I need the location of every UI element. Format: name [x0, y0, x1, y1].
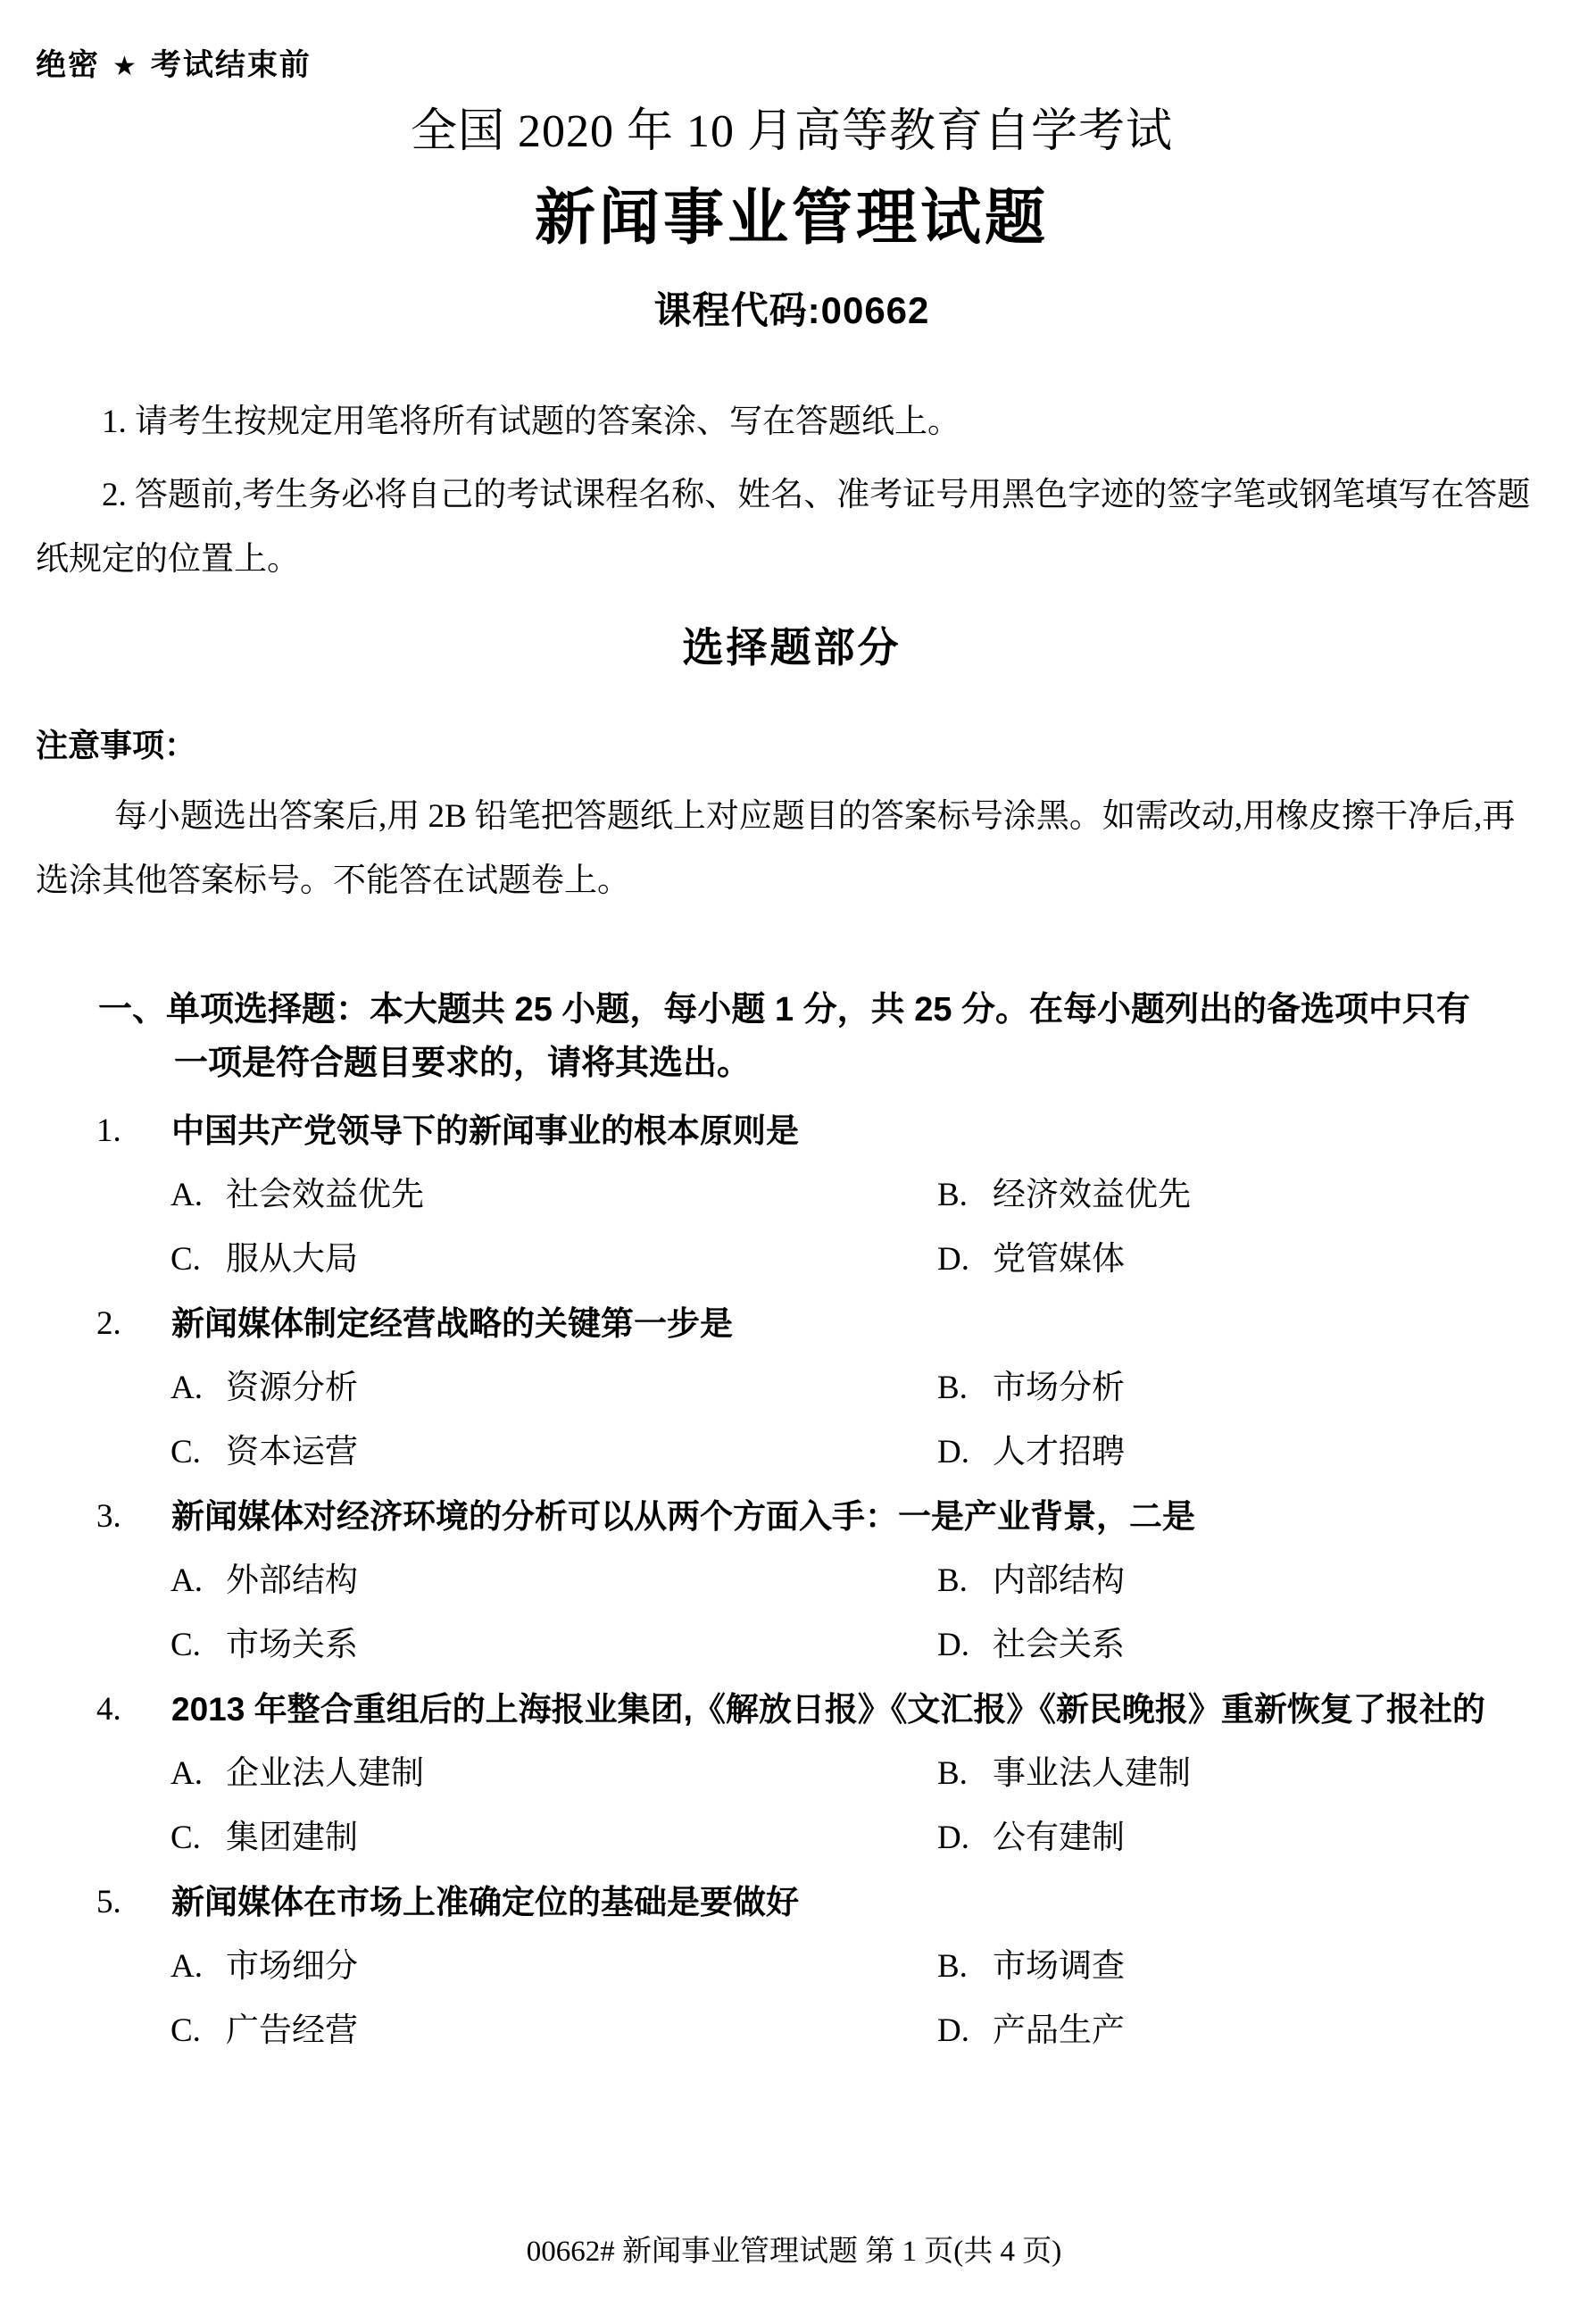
instruction-2: 2. 答题前,考生务必将自己的考试课程名称、姓名、准考证号用黑色字迹的签字笔或钢…	[36, 463, 1548, 592]
option-a: A.社会效益优先	[170, 1163, 937, 1228]
question-5: 5. 新闻媒体在市场上准确定位的基础是要做好 A.市场细分 B.市场调查 C.广…	[36, 1870, 1548, 2063]
question-4: 4. 2013 年整合重组后的上海报业集团,《解放日报》《文汇报》《新民晚报》重…	[36, 1678, 1548, 1870]
option-text: 广告经营	[226, 1999, 937, 2063]
classification-label: 绝密	[36, 48, 100, 82]
option-a: A.市场细分	[170, 1935, 937, 1999]
option-label: D.	[937, 1420, 993, 1485]
option-c: C.集团建制	[170, 1806, 937, 1870]
option-label: C.	[170, 1420, 226, 1485]
notes-label: 注意事项：	[36, 726, 1548, 765]
question-list: 1. 中国共产党领导下的新闻事业的根本原则是 A.社会效益优先 B.经济效益优先…	[36, 1099, 1548, 2063]
option-label: C.	[170, 1613, 226, 1678]
option-text: 党管媒体	[993, 1228, 1548, 1292]
option-label: B.	[937, 1935, 993, 1999]
option-text: 社会效益优先	[226, 1163, 937, 1228]
star-icon: ★	[112, 49, 138, 85]
question-text: 2013 年整合重组后的上海报业集团,《解放日报》《文汇报》《新民晚报》重新恢复…	[171, 1678, 1492, 1742]
question-stem-row: 4. 2013 年整合重组后的上海报业集团,《解放日报》《文汇报》《新民晚报》重…	[96, 1678, 1548, 1742]
option-text: 资本运营	[226, 1420, 937, 1485]
option-c: C.市场关系	[170, 1613, 937, 1678]
option-d: D.产品生产	[937, 1999, 1548, 2063]
option-label: A.	[170, 1163, 226, 1228]
option-label: C.	[170, 1228, 226, 1292]
option-a: A.外部结构	[170, 1549, 937, 1613]
option-text: 社会关系	[993, 1613, 1548, 1678]
option-c: C.资本运营	[170, 1420, 937, 1485]
options-grid: A.社会效益优先 B.经济效益优先 C.服从大局 D.党管媒体	[170, 1163, 1548, 1292]
option-label: C.	[170, 1806, 226, 1870]
security-classification-line: 绝密★考试结束前	[36, 47, 1548, 85]
option-label: A.	[170, 1356, 226, 1420]
course-code: 课程代码:00662	[36, 288, 1548, 333]
option-text: 公有建制	[993, 1806, 1548, 1870]
option-label: B.	[937, 1163, 993, 1228]
option-text: 人才招聘	[993, 1420, 1548, 1485]
options-grid: A.企业法人建制 B.事业法人建制 C.集团建制 D.公有建制	[170, 1742, 1548, 1870]
option-label: D.	[937, 1613, 993, 1678]
option-label: B.	[937, 1742, 993, 1806]
option-text: 内部结构	[993, 1549, 1548, 1613]
option-b: B.市场分析	[937, 1356, 1548, 1420]
option-text: 市场细分	[226, 1935, 937, 1999]
option-label: B.	[937, 1356, 993, 1420]
option-label: C.	[170, 1999, 226, 2063]
option-a: A.资源分析	[170, 1356, 937, 1420]
question-2: 2. 新闻媒体制定经营战略的关键第一步是 A.资源分析 B.市场分析 C.资本运…	[36, 1292, 1548, 1485]
option-d: D.公有建制	[937, 1806, 1548, 1870]
option-label: A.	[170, 1935, 226, 1999]
option-text: 服从大局	[226, 1228, 937, 1292]
question-stem-row: 5. 新闻媒体在市场上准确定位的基础是要做好	[96, 1870, 1548, 1935]
option-text: 外部结构	[226, 1549, 937, 1613]
option-a: A.企业法人建制	[170, 1742, 937, 1806]
option-text: 市场关系	[226, 1613, 937, 1678]
option-text: 市场分析	[993, 1356, 1548, 1420]
option-b: B.市场调查	[937, 1935, 1548, 1999]
option-text: 企业法人建制	[226, 1742, 937, 1806]
option-label: A.	[170, 1742, 226, 1806]
option-c: C.服从大局	[170, 1228, 937, 1292]
question-1: 1. 中国共产党领导下的新闻事业的根本原则是 A.社会效益优先 B.经济效益优先…	[36, 1099, 1548, 1292]
option-text: 市场调查	[993, 1935, 1548, 1999]
option-b: B.内部结构	[937, 1549, 1548, 1613]
exam-paper-page: 绝密★考试结束前 全国 2020 年 10 月高等教育自学考试 新闻事业管理试题…	[0, 0, 1588, 2324]
section-heading: 一、单项选择题：本大题共 25 小题，每小题 1 分，共 25 分。在每小题列出…	[98, 983, 1504, 1090]
option-text: 产品生产	[993, 1999, 1548, 2063]
question-stem-row: 1. 中国共产党领导下的新闻事业的根本原则是	[96, 1099, 1548, 1163]
page-footer: 00662# 新闻事业管理试题 第 1 页(共 4 页)	[0, 2234, 1588, 2270]
question-number: 5.	[96, 1870, 171, 1935]
option-text: 事业法人建制	[993, 1742, 1548, 1806]
exam-title-line1: 全国 2020 年 10 月高等教育自学考试	[36, 106, 1548, 158]
part-title: 选择题部分	[36, 622, 1548, 672]
question-text: 新闻媒体在市场上准确定位的基础是要做好	[171, 1870, 1492, 1935]
options-grid: A.市场细分 B.市场调查 C.广告经营 D.产品生产	[170, 1935, 1548, 2063]
options-grid: A.资源分析 B.市场分析 C.资本运营 D.人才招聘	[170, 1356, 1548, 1485]
question-text: 新闻媒体对经济环境的分析可以从两个方面入手：一是产业背景，二是	[171, 1485, 1492, 1549]
option-label: D.	[937, 1228, 993, 1292]
option-label: A.	[170, 1549, 226, 1613]
option-label: D.	[937, 1806, 993, 1870]
question-number: 3.	[96, 1485, 171, 1549]
option-d: D.人才招聘	[937, 1420, 1548, 1485]
exam-title-line2: 新闻事业管理试题	[36, 183, 1548, 253]
option-b: B.经济效益优先	[937, 1163, 1548, 1228]
option-text: 集团建制	[226, 1806, 937, 1870]
question-stem-row: 2. 新闻媒体制定经营战略的关键第一步是	[96, 1292, 1548, 1356]
question-text: 中国共产党领导下的新闻事业的根本原则是	[171, 1099, 1492, 1163]
notes-text: 每小题选出答案后,用 2B 铅笔把答题纸上对应题目的答案标号涂黑。如需改动,用橡…	[36, 785, 1548, 913]
option-d: D.党管媒体	[937, 1228, 1548, 1292]
instruction-1: 1. 请考生按规定用笔将所有试题的答案涂、写在答题纸上。	[36, 403, 1548, 442]
question-number: 1.	[96, 1099, 171, 1163]
option-text: 资源分析	[226, 1356, 937, 1420]
option-c: C.广告经营	[170, 1999, 937, 2063]
option-d: D.社会关系	[937, 1613, 1548, 1678]
option-b: B.事业法人建制	[937, 1742, 1548, 1806]
option-label: B.	[937, 1549, 993, 1613]
question-text: 新闻媒体制定经营战略的关键第一步是	[171, 1292, 1492, 1356]
option-label: D.	[937, 1999, 993, 2063]
question-number: 4.	[96, 1678, 171, 1742]
question-number: 2.	[96, 1292, 171, 1356]
options-grid: A.外部结构 B.内部结构 C.市场关系 D.社会关系	[170, 1549, 1548, 1678]
question-3: 3. 新闻媒体对经济环境的分析可以从两个方面入手：一是产业背景，二是 A.外部结…	[36, 1485, 1548, 1678]
option-text: 经济效益优先	[993, 1163, 1548, 1228]
question-stem-row: 3. 新闻媒体对经济环境的分析可以从两个方面入手：一是产业背景，二是	[96, 1485, 1548, 1549]
exam-timing-label: 考试结束前	[151, 48, 312, 82]
